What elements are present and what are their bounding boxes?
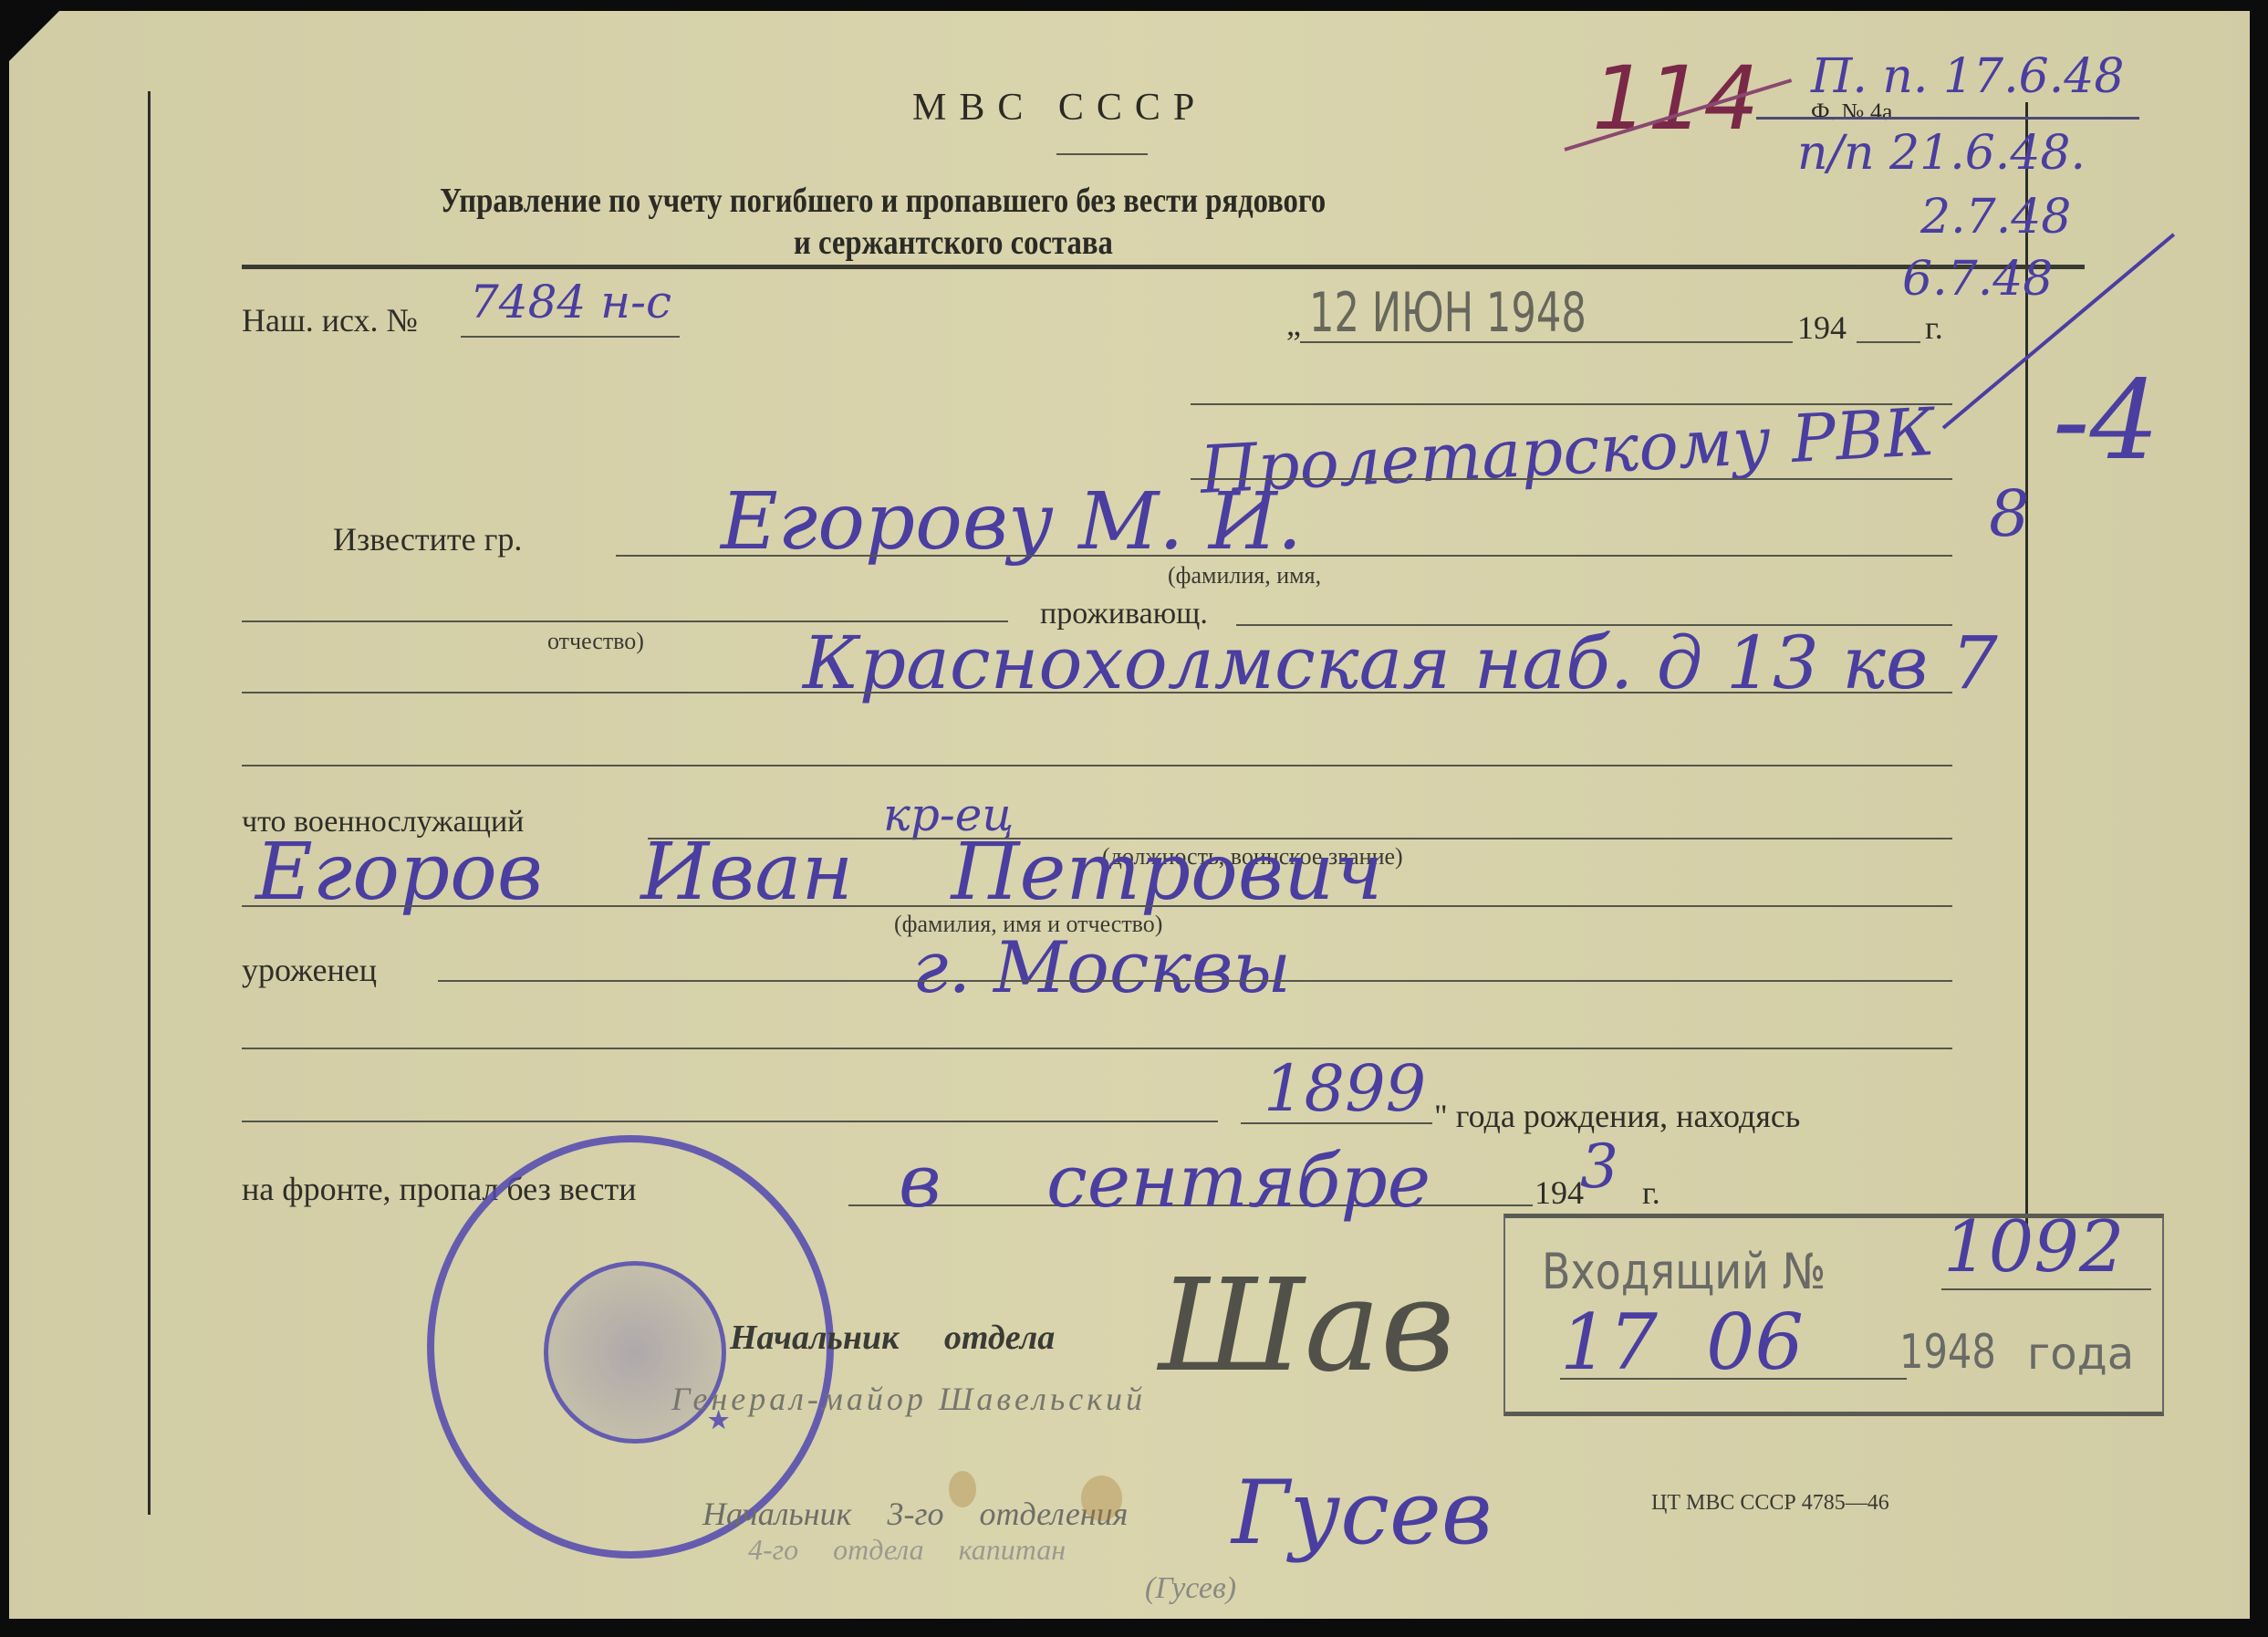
margin-digit: 8 (1989, 476, 2030, 551)
recipient-office: Пролетарскому РВК (1198, 393, 1936, 508)
native-line (438, 980, 1952, 982)
incoming-number: 1092 (1943, 1206, 2125, 1288)
recipient-name-line (616, 555, 1952, 557)
address-line-2 (242, 765, 1952, 766)
caption-name: (фамилия, имя, (1168, 562, 1321, 589)
incoming-date-line (1560, 1378, 1907, 1380)
incoming-suffix: года (2027, 1329, 2134, 1380)
native-label: уроженец (242, 951, 377, 989)
note-line-2: п/п 21.6.48. (1797, 126, 2086, 181)
outgoing-number-value: 7484 н-с (470, 276, 671, 328)
missing-when: в сентябре (899, 1139, 1431, 1224)
section-signature: Гусев (1232, 1462, 1493, 1564)
birth-year: 1899 (1264, 1051, 1426, 1126)
stain (949, 1471, 976, 1507)
header-rule (242, 265, 2085, 269)
soldier-full-name: Егоров Иван Петрович (255, 827, 1383, 918)
notify-label: Известите гр. (333, 520, 522, 558)
date-quote: „ (1286, 305, 1301, 343)
native-place: г. Москвы (912, 927, 1291, 1009)
missing-year-digit: 3 (1580, 1131, 1618, 1202)
note-line-1: П. п. 17.6.48 (1811, 49, 2124, 104)
incoming-number-line (1941, 1288, 2151, 1290)
recipient-office-line (1191, 478, 1952, 480)
date-stamp: 12 ИЮН 1948 (1309, 281, 1587, 345)
outgoing-number-line (461, 336, 680, 338)
title-underline (1056, 153, 1148, 155)
left-margin-rule (148, 91, 151, 1515)
document-sheet: МВС СССР Управление по учету погибшего и… (9, 11, 2250, 1619)
ministry-title: МВС СССР (912, 86, 1207, 130)
full-name-line (242, 905, 1952, 907)
margin-mark: -4 (2053, 358, 2159, 485)
date-year-suffix: г. (1925, 308, 1943, 347)
note-line-3: 2.7.48 (1920, 190, 2071, 245)
department-line-1: Управление по учету погибшего и пропавше… (440, 181, 1326, 221)
incoming-month: 06 (1706, 1298, 1804, 1387)
stain (1081, 1475, 1122, 1521)
form-number-rule (1756, 117, 2139, 120)
department-line-2: и сержантского состава (794, 223, 1113, 263)
date-year-line (1857, 341, 1920, 343)
caption-patronymic: отчество) (547, 628, 644, 655)
recipient-name: Егорову М. И. (721, 476, 1302, 568)
native-line-2 (242, 1048, 1952, 1049)
note-line-4: 6.7.48 (1902, 252, 2053, 307)
date-year-prefix: 194 (1797, 308, 1847, 347)
birth-left-line (242, 1121, 1218, 1122)
address-line-1 (242, 692, 1952, 693)
section-sub: 4-го отдела капитан (748, 1533, 1066, 1567)
incoming-year: 1948 (1899, 1325, 1996, 1380)
birth-text: " года рождения, находясь (1434, 1097, 1800, 1135)
chief-signature: Шав (1159, 1252, 1455, 1401)
chief-name: Генерал-майор Шавельский (671, 1380, 1146, 1418)
incoming-label: Входящий № (1542, 1243, 1826, 1300)
outgoing-number-label: Наш. исх. № (242, 301, 418, 339)
incoming-day: 17 (1560, 1298, 1658, 1387)
missing-year-prefix: 194 (1535, 1173, 1584, 1212)
missing-year-suffix: г. (1642, 1173, 1660, 1212)
section-label: Начальник 3-го отделения (702, 1495, 1128, 1533)
birth-year-line (1241, 1122, 1432, 1124)
chief-label: Начальник отдела (730, 1318, 1055, 1358)
section-name: (Гусев) (1145, 1571, 1236, 1606)
form-print-code: ЦТ МВС СССР 4785—46 (1651, 1491, 1889, 1516)
